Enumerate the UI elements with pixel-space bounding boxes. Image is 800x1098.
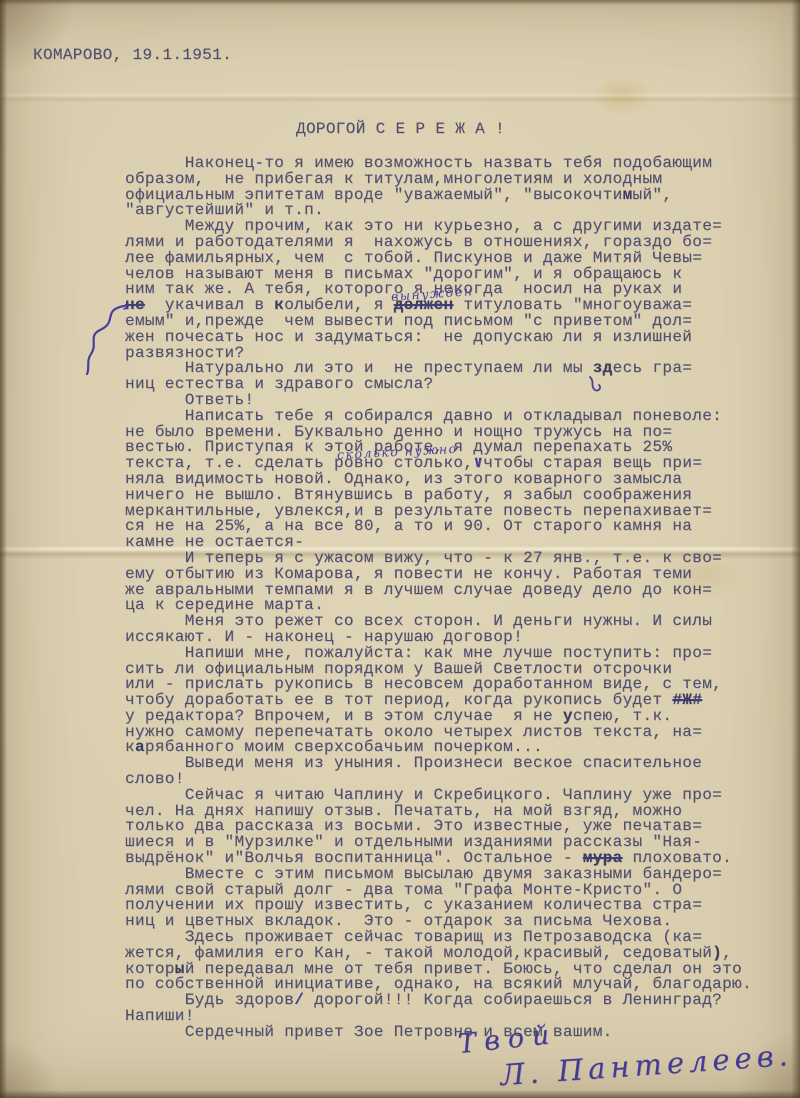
typewritten-line: Выведи меня из уныния. Произнеси веское …: [125, 756, 785, 772]
salutation: ДОРОГОЙ С Е Р Е Ж А !: [296, 120, 505, 138]
letter-body: Наконец-то я имею возможность назвать те…: [125, 156, 785, 1041]
dateline: КОМАРОВО, 19.1.1951.: [33, 46, 232, 64]
underline-ink-mark: [586, 374, 616, 394]
overstruck-text: /: [294, 991, 304, 1009]
typewritten-line: Будь здоров/ дорогой!!! Когда собираешьс…: [125, 993, 785, 1009]
overstruck-text: м: [623, 186, 633, 204]
struck-out-text: #Ж#: [672, 691, 702, 709]
typewritten-line: Сердечный привет Зое Петровне и всем ваш…: [125, 1025, 785, 1041]
margin-brace-ink-mark: [84, 300, 130, 378]
scanned-typewritten-letter: КОМАРОВО, 19.1.1951. ДОРОГОЙ С Е Р Е Ж А…: [0, 0, 800, 1098]
